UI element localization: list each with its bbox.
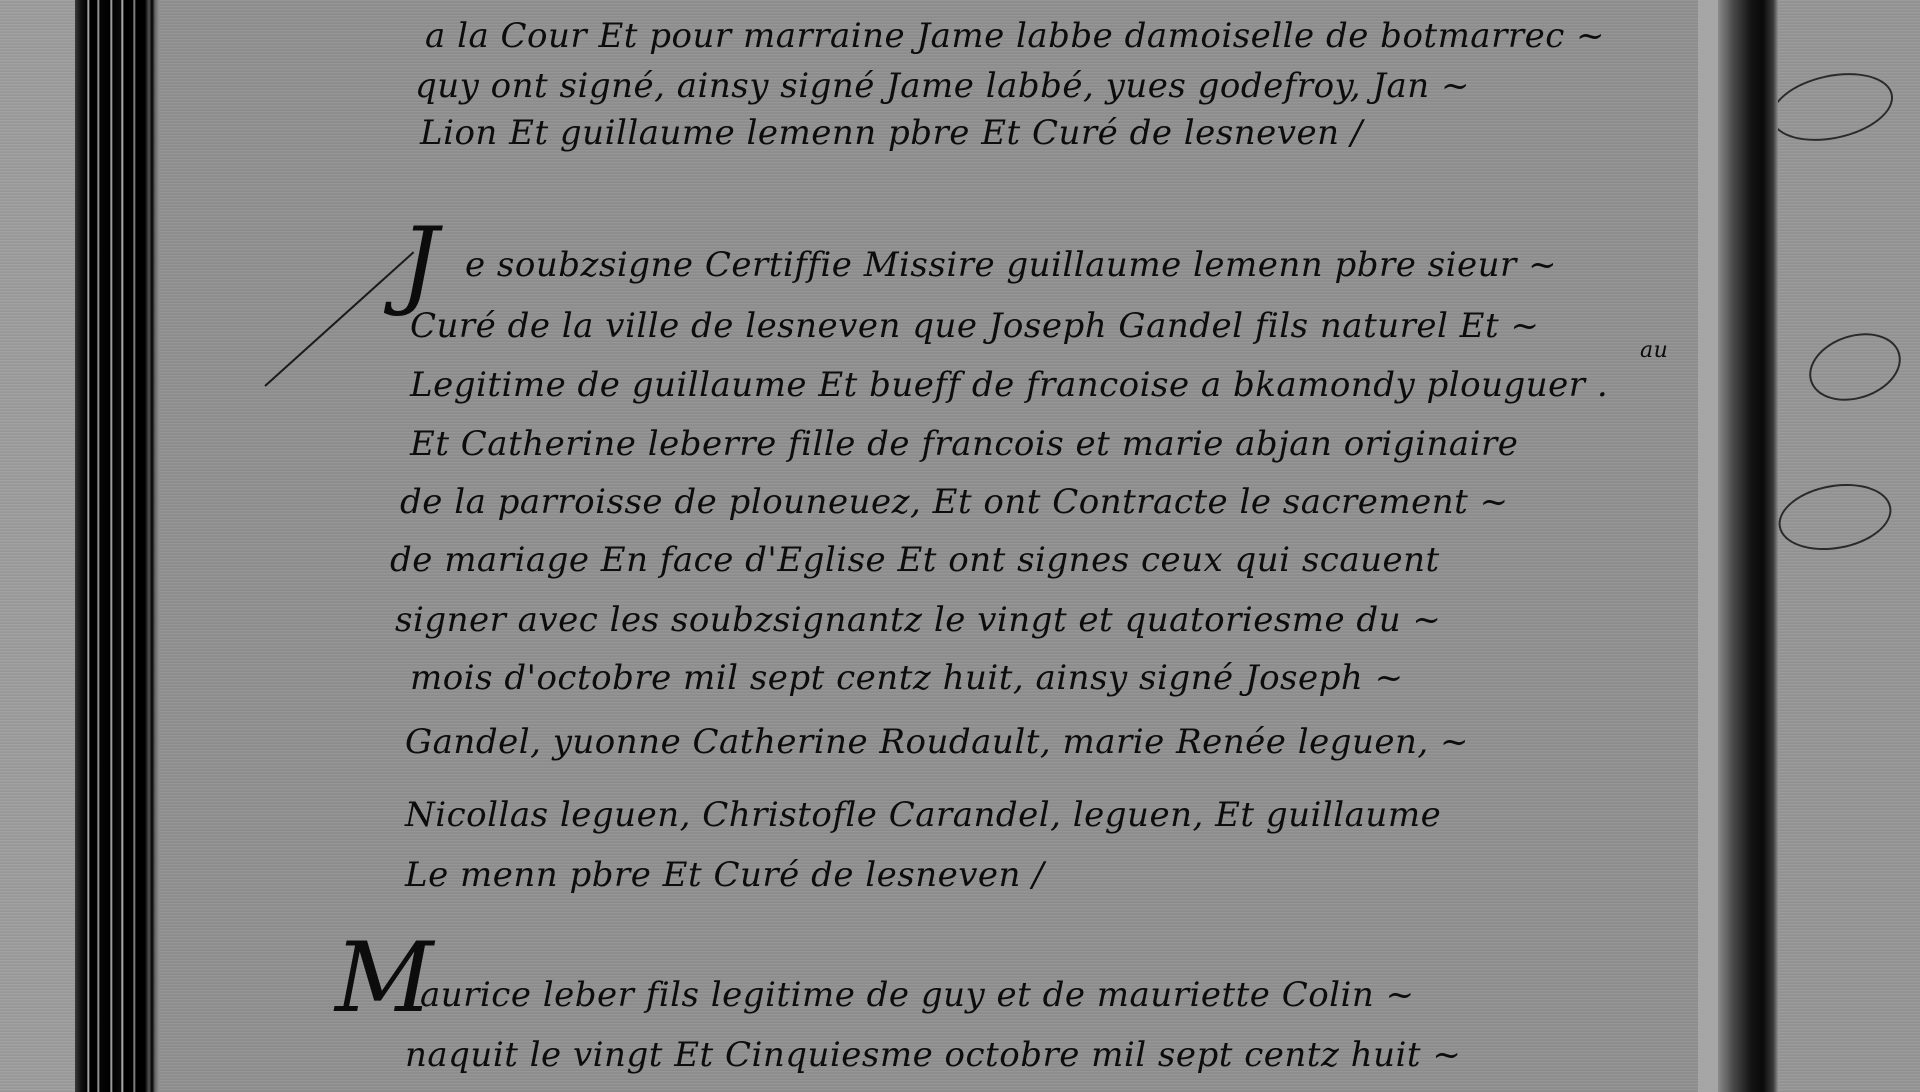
text-line: Legitime de guillaume Et bueff de franco… [410,365,1608,405]
facing-page-flourish [1778,63,1899,151]
text-line: Le menn pbre Et Curé de lesneven / [405,855,1044,895]
text-line: Nicollas leguen, Christofle Carandel, le… [405,795,1441,835]
text-line: Et Catherine leberre fille de francois e… [410,424,1518,464]
text-line: mois d'octobre mil sept centz huit, ains… [410,658,1404,698]
text-line: Lion Et guillaume lemenn pbre Et Curé de… [420,113,1363,153]
facing-page-flourish [1778,476,1897,559]
entry-initial-capital: J [400,215,438,311]
text-line: signer avec les soubzsignantz le vingt e… [395,600,1441,640]
text-line: de la parroisse de plouneuez, Et ont Con… [400,482,1509,522]
text-line: a la Cour Et pour marraine Jame labbe da… [425,16,1605,56]
text-line: Curé de la ville de lesneven que Joseph … [410,306,1539,346]
interlinear-note: au [1640,338,1668,363]
text-line: naquit le vingt Et Cinquiesme octobre mi… [405,1035,1461,1075]
text-line: de mariage En face d'Eglise Et ont signe… [390,540,1440,580]
text-line: quy ont signé, ainsy signé Jame labbé, y… [415,66,1470,106]
entry-initial-capital: M [335,930,433,1026]
text-line: Gandel, yuonne Catherine Roudault, marie… [405,722,1469,762]
text-line: e soubzsigne Certiffie Missire guillaume… [465,245,1557,285]
gutter-highlight [1698,0,1720,1092]
facing-page-flourish [1800,322,1909,412]
text-line: aurice leber fils legitime de guy et de … [420,975,1415,1015]
outer-margin [0,0,78,1092]
facing-page-fragment [1778,0,1920,1092]
book-binding-edge [75,0,159,1092]
page-gutter-fold [1718,0,1778,1092]
